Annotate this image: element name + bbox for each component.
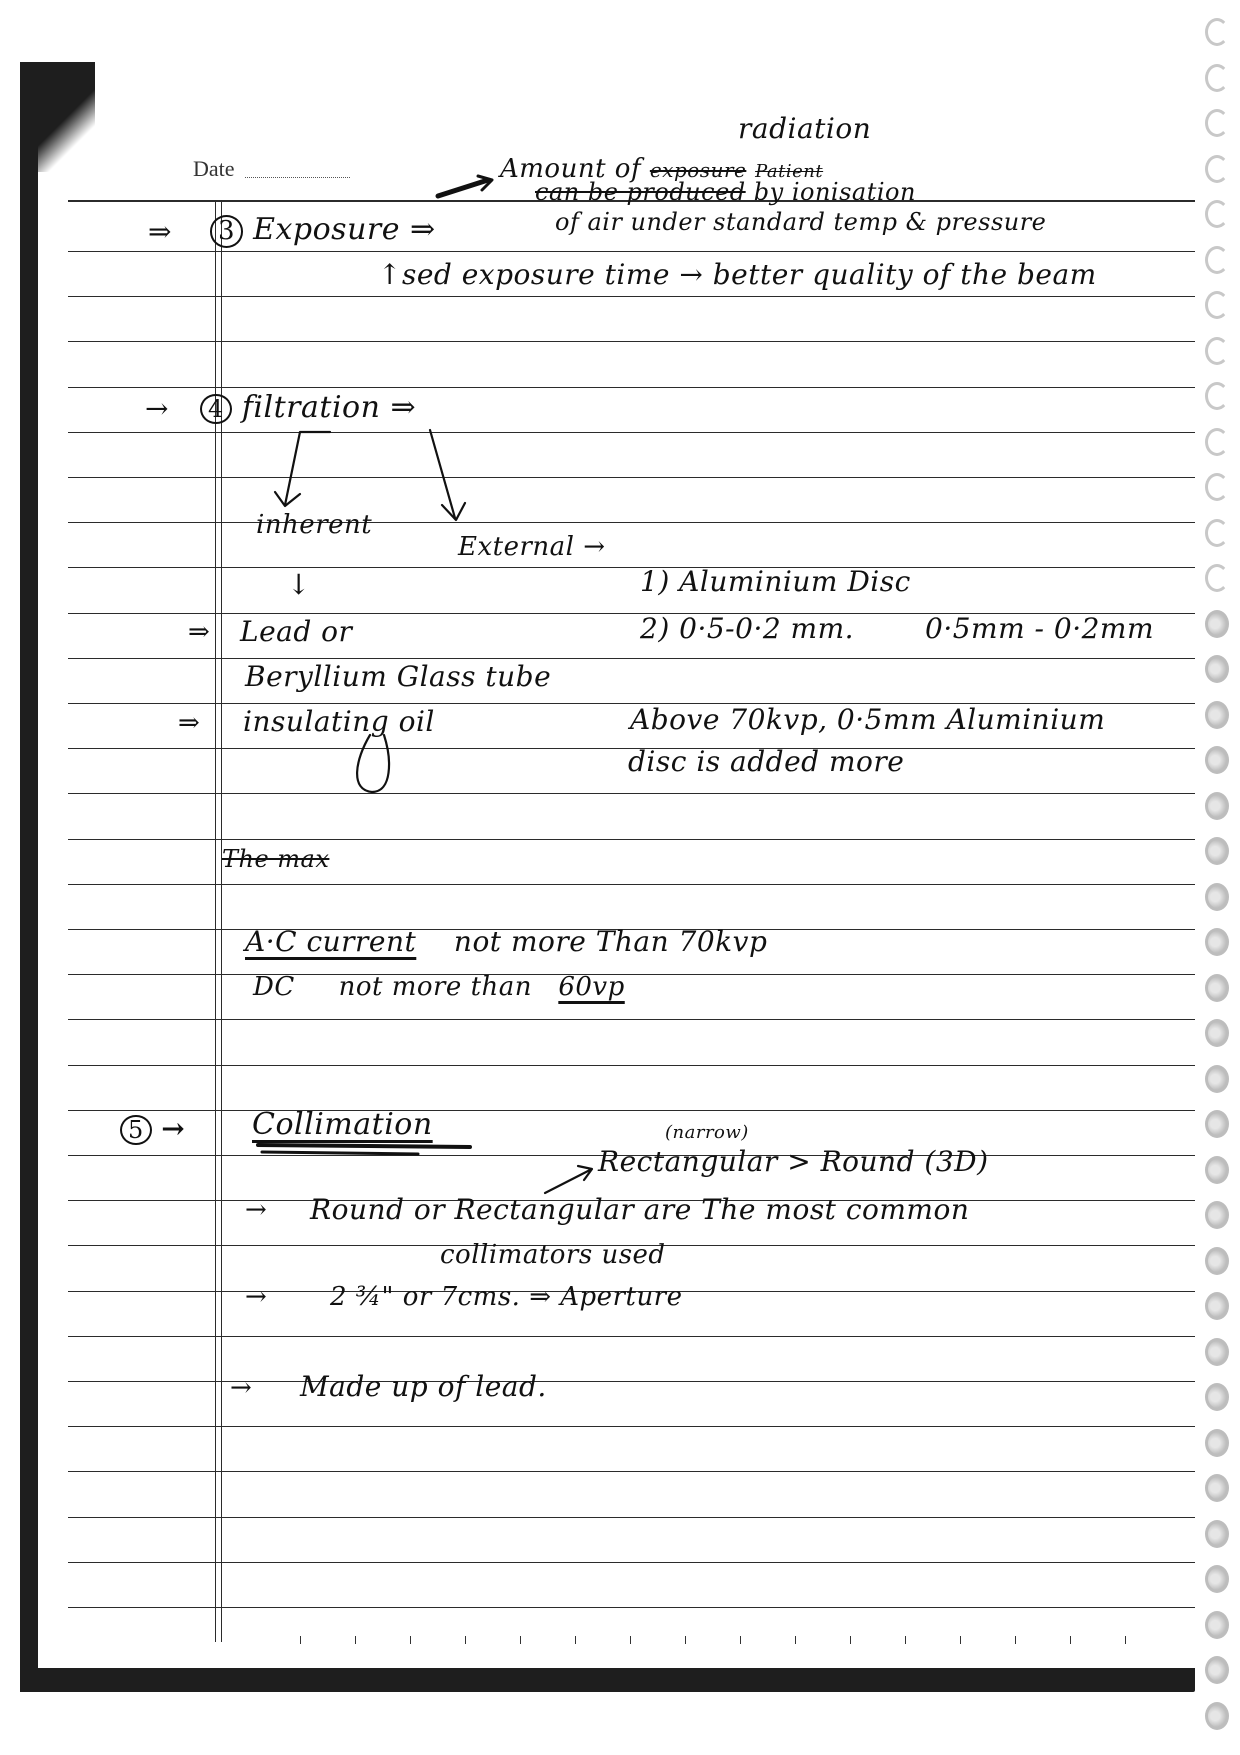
- spiral-ring: [1205, 564, 1229, 592]
- spiral-ring: [1205, 1565, 1229, 1593]
- ruler-tick: [575, 1636, 576, 1644]
- exposure-lead-arrow: ⇒: [148, 215, 172, 248]
- spiral-ring: [1205, 1065, 1229, 1093]
- spiral-ring: [1205, 473, 1229, 501]
- external-note-line2: disc is added more: [628, 745, 904, 778]
- ruler-tick: [630, 1636, 631, 1644]
- filtration-lead-arrow: →: [145, 392, 169, 425]
- ruled-line: [68, 1517, 1195, 1518]
- spiral-ring: [1205, 109, 1229, 137]
- spiral-ring: [1205, 928, 1229, 956]
- ruled-line: [68, 522, 1195, 523]
- ruler-tick: [465, 1636, 466, 1644]
- spiral-ring: [1205, 337, 1229, 365]
- spiral-ring: [1205, 883, 1229, 911]
- ac-line: A·C current not more Than 70kvp: [245, 925, 767, 958]
- external-item: 1) Aluminium Disc: [640, 565, 911, 598]
- collimation-lead-arrow: →: [161, 1112, 185, 1145]
- dc-label: DC: [253, 972, 295, 1002]
- collimation-number: 5: [120, 1115, 152, 1145]
- annotation-line3: of air under standard temp & pressure: [555, 208, 1046, 236]
- collimation-point: collimators used: [440, 1240, 666, 1270]
- filtration-arrow: ⇒: [390, 390, 416, 425]
- spiral-ring: [1205, 155, 1229, 183]
- ruled-line: [68, 1019, 1195, 1020]
- ruled-line: [68, 296, 1195, 297]
- spiral-ring: [1205, 382, 1229, 410]
- dc-line: DC not more than 60vp: [253, 972, 625, 1002]
- spiral-ring: [1205, 1611, 1229, 1639]
- annotation-line2-struck: can be produced: [535, 178, 746, 206]
- spiral-ring: [1205, 1110, 1229, 1138]
- external-label-text: External: [458, 532, 574, 562]
- spiral-ring: [1205, 246, 1229, 274]
- external-arrow: →: [583, 532, 605, 562]
- spiral-ring: [1205, 1383, 1229, 1411]
- collimation-point: Made up of lead.: [300, 1370, 547, 1403]
- comparison: Rectangular > Round (3D): [598, 1145, 989, 1178]
- dc-value: 60vp: [558, 972, 624, 1002]
- inherent-item: Beryllium Glass tube: [245, 660, 551, 693]
- exposure-title: Exposure: [253, 212, 400, 247]
- ruler-tick: [795, 1636, 796, 1644]
- filtration-number: 4: [200, 394, 232, 424]
- spiral-ring: [1205, 1156, 1229, 1184]
- ruler-tick: [300, 1636, 301, 1644]
- spiral-ring: [1205, 974, 1229, 1002]
- ruled-line: [68, 432, 1195, 433]
- collimation-point-arrow: →: [245, 1195, 267, 1225]
- spiral-ring: [1205, 1520, 1229, 1548]
- spiral-ring: [1205, 1019, 1229, 1047]
- annotation-radiation: radiation: [738, 112, 871, 145]
- inherent-item: insulating oil: [243, 705, 435, 738]
- ruler-tick: [355, 1636, 356, 1644]
- external-label: External →: [458, 532, 606, 562]
- ruler-tick: [1015, 1636, 1016, 1644]
- spiral-ring: [1205, 655, 1229, 683]
- ac-text: not more Than 70kvp: [454, 925, 767, 958]
- date-field-line: [245, 177, 350, 178]
- ruled-line: [68, 387, 1195, 388]
- annotation-line2-rest: by ionisation: [754, 178, 916, 206]
- ruled-line: [68, 1336, 1195, 1337]
- collimation-point-arrow: →: [245, 1282, 267, 1312]
- spiral-ring: [1205, 1338, 1229, 1366]
- spiral-ring: [1205, 291, 1229, 319]
- external-item: 2) 0·5-0·2 mm.: [640, 612, 854, 645]
- spiral-ring: [1205, 837, 1229, 865]
- ruled-line: [68, 1562, 1195, 1563]
- ruler-tick: [685, 1636, 686, 1644]
- ruler-tick: [740, 1636, 741, 1644]
- ruled-line: [68, 341, 1195, 342]
- spiral-ring: [1205, 18, 1229, 46]
- ruled-line: [68, 793, 1195, 794]
- spiral-ring: [1205, 701, 1229, 729]
- comparison-note: (narrow): [665, 1122, 749, 1143]
- ruled-line: [68, 477, 1195, 478]
- annotation-line2: can be produced by ionisation: [535, 178, 916, 206]
- exposure-arrow: ⇒: [410, 212, 436, 247]
- ac-label: A·C current: [245, 925, 416, 958]
- spiral-ring: [1205, 1702, 1229, 1730]
- exposure-note: ↑sed exposure time → better quality of t…: [378, 258, 1097, 291]
- ruled-line: [68, 658, 1195, 659]
- inherent-item: Lead or: [240, 615, 352, 648]
- ruled-line: [68, 1426, 1195, 1427]
- scan-edge-left: [20, 62, 38, 1692]
- struck-heading: The max: [222, 845, 329, 873]
- exposure-number: 3: [210, 215, 243, 248]
- inherent-down-arrow: ↓: [287, 568, 311, 601]
- ruler-tick: [850, 1636, 851, 1644]
- ruled-line: [68, 567, 1195, 568]
- spiral-ring: [1205, 1429, 1229, 1457]
- spiral-ring: [1205, 1201, 1229, 1229]
- spiral-ring: [1205, 610, 1229, 638]
- ruled-line: [68, 1110, 1195, 1111]
- date-label: Date: [193, 156, 235, 182]
- spiral-ring: [1205, 1247, 1229, 1275]
- ruled-line: [68, 251, 1195, 252]
- spiral-ring: [1205, 519, 1229, 547]
- scan-edge-corner-top: [20, 62, 95, 172]
- filtration-heading: 4 filtration ⇒: [200, 390, 416, 425]
- inherent-item-marker: ⇒: [188, 617, 210, 647]
- spiral-ring: [1205, 64, 1229, 92]
- external-item: 0·5mm - 0·2mm: [925, 612, 1154, 645]
- collimation-point-arrow: →: [230, 1373, 252, 1403]
- ruler-tick: [520, 1636, 521, 1644]
- dc-text: not more than: [339, 972, 532, 1002]
- collimation-title: Collimation: [252, 1107, 433, 1142]
- spiral-ring: [1205, 1292, 1229, 1320]
- scan-edge-bottom: [20, 1668, 1195, 1692]
- ruler-tick: [410, 1636, 411, 1644]
- spiral-ring: [1205, 746, 1229, 774]
- spiral-ring: [1205, 792, 1229, 820]
- exposure-heading: 3 Exposure ⇒: [210, 212, 436, 248]
- inherent-item-marker: ⇒: [178, 708, 200, 738]
- notebook-page: Date radiation Amount of exposure Patien…: [0, 0, 1240, 1755]
- ruler-tick: [1070, 1636, 1071, 1644]
- ruled-line: [68, 1471, 1195, 1472]
- ruled-line: [68, 1607, 1195, 1608]
- inherent-label: inherent: [256, 510, 372, 540]
- ruled-line: [68, 1065, 1195, 1066]
- collimation-heading: 5 →: [120, 1112, 185, 1145]
- collimation-point: Round or Rectangular are The most common: [310, 1193, 969, 1226]
- ruled-line: [68, 884, 1195, 885]
- ruler-tick: [905, 1636, 906, 1644]
- ruler-tick: [1125, 1636, 1126, 1644]
- filtration-title: filtration: [242, 390, 381, 425]
- ruler-tick: [960, 1636, 961, 1644]
- ruled-line: [68, 974, 1195, 975]
- spiral-ring: [1205, 200, 1229, 228]
- collimation-point: 2 ¾" or 7cms. ⇒ Aperture: [330, 1282, 683, 1312]
- spiral-ring: [1205, 1656, 1229, 1684]
- external-note-line1: Above 70kvp, 0·5mm Aluminium: [630, 703, 1105, 736]
- ruled-line: [68, 839, 1195, 840]
- spiral-ring: [1205, 1474, 1229, 1502]
- spiral-ring: [1205, 428, 1229, 456]
